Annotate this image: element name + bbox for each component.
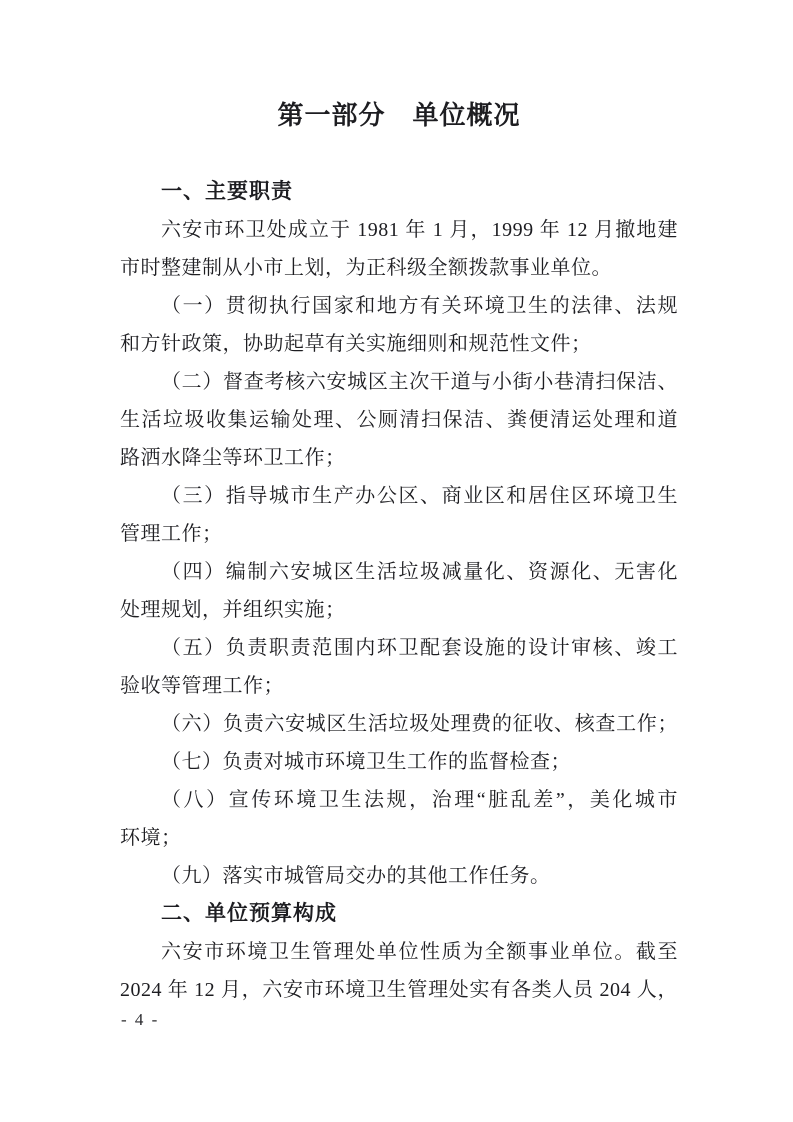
section-heading: 二、单位预算构成: [120, 895, 678, 933]
page-number: - 4 -: [121, 1008, 159, 1032]
paragraph-line: 验收等管理工作；: [120, 667, 678, 705]
document-page: 第一部分 单位概况 一、主要职责 六安市环卫处成立于 1981 年 1 月，19…: [0, 0, 793, 1122]
page-title: 第一部分 单位概况: [120, 100, 678, 130]
paragraph-line: 环境；: [120, 819, 678, 857]
document-body: 一、主要职责 六安市环卫处成立于 1981 年 1 月，1999 年 12 月撤…: [120, 173, 678, 1009]
paragraph-line: （二）督查考核六安城区主次干道与小街小巷清扫保洁、: [120, 363, 678, 401]
paragraph-line: 和方针政策，协助起草有关实施细则和规范性文件；: [120, 325, 678, 363]
paragraph-line: （六）负责六安城区生活垃圾处理费的征收、核查工作；: [120, 705, 678, 743]
paragraph-line: （四）编制六安城区生活垃圾减量化、资源化、无害化: [120, 553, 678, 591]
paragraph-line: 管理工作；: [120, 515, 678, 553]
paragraph-line: 市时整建制从小市上划，为正科级全额拨款事业单位。: [120, 249, 678, 287]
paragraph-line: 处理规划，并组织实施；: [120, 591, 678, 629]
paragraph-line: 路洒水降尘等环卫工作；: [120, 439, 678, 477]
paragraph-line: （九）落实市城管局交办的其他工作任务。: [120, 857, 678, 895]
section-heading: 一、主要职责: [120, 173, 678, 211]
paragraph-line: 2024 年 12 月，六安市环境卫生管理处实有各类人员 204 人，: [120, 971, 678, 1009]
paragraph-line: （五）负责职责范围内环卫配套设施的设计审核、竣工: [120, 629, 678, 667]
paragraph-line: （一）贯彻执行国家和地方有关环境卫生的法律、法规: [120, 287, 678, 325]
paragraph-line: 生活垃圾收集运输处理、公厕清扫保洁、粪便清运处理和道: [120, 401, 678, 439]
paragraph-line: 六安市环卫处成立于 1981 年 1 月，1999 年 12 月撤地建: [120, 211, 678, 249]
paragraph-line: 六安市环境卫生管理处单位性质为全额事业单位。截至: [120, 933, 678, 971]
paragraph-line: （七）负责对城市环境卫生工作的监督检查；: [120, 743, 678, 781]
paragraph-line: （三）指导城市生产办公区、商业区和居住区环境卫生: [120, 477, 678, 515]
paragraph-line: （八）宣传环境卫生法规，治理“脏乱差”，美化城市: [120, 781, 678, 819]
